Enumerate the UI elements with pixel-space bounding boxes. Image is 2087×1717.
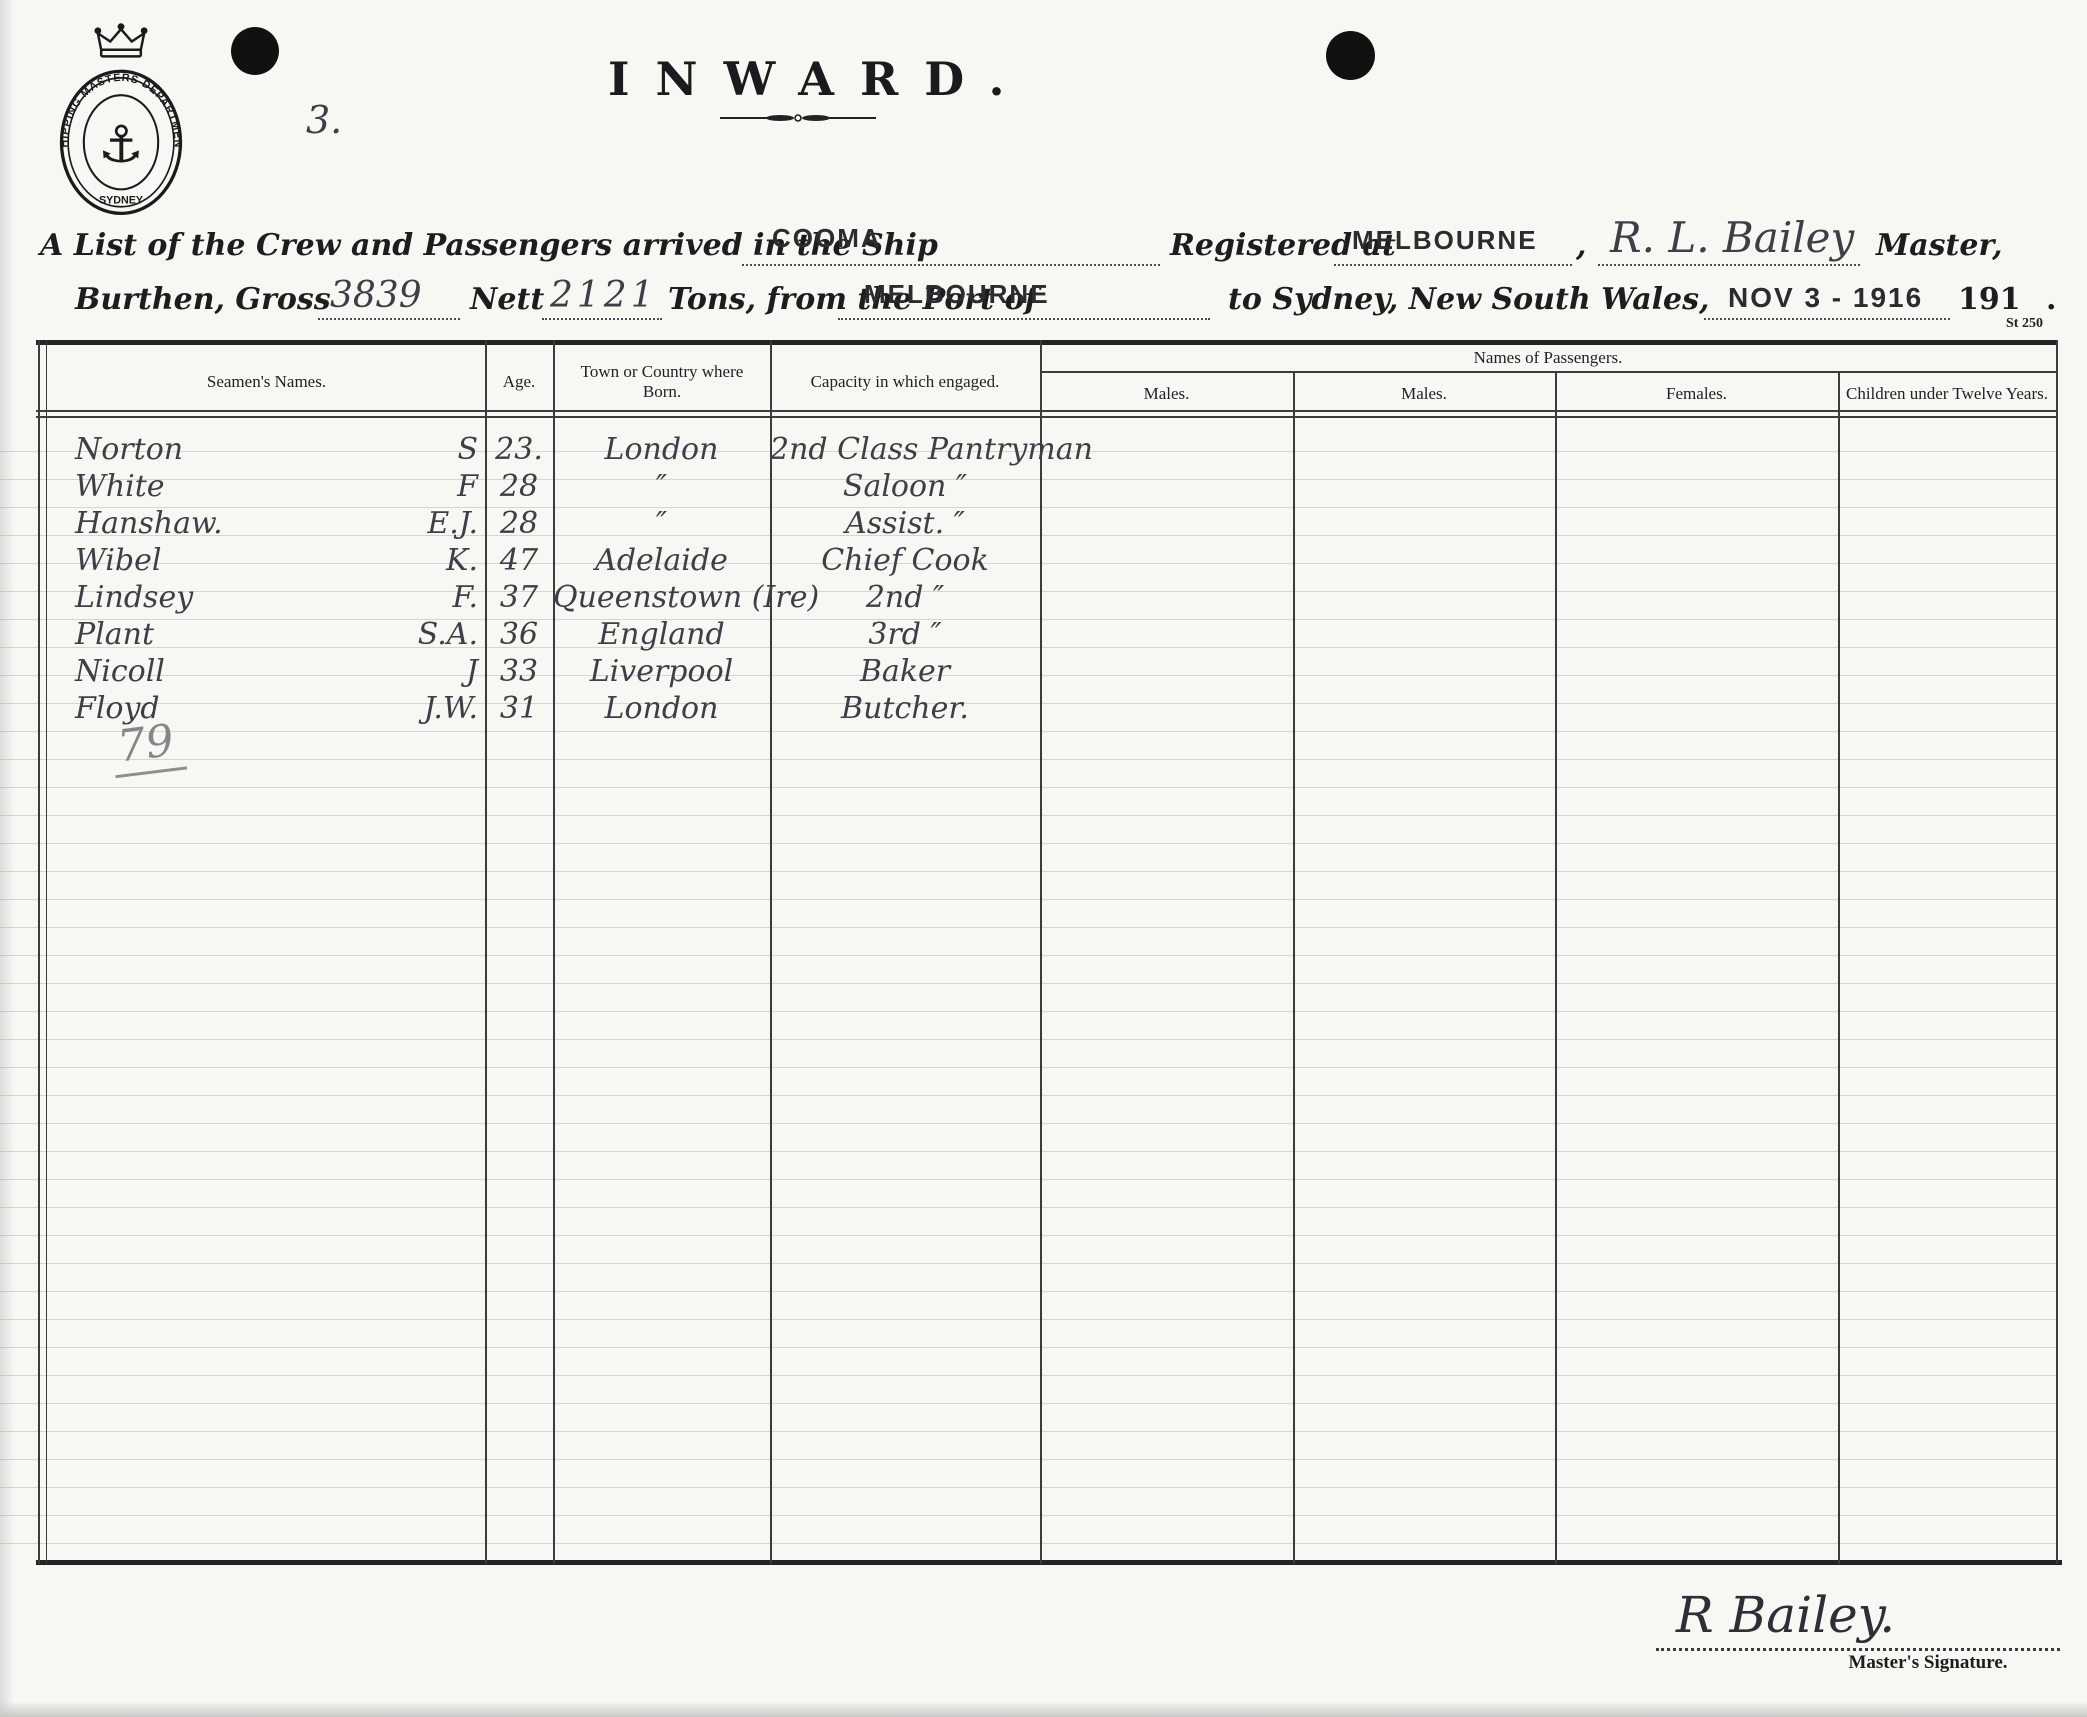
title-flourish	[718, 110, 878, 126]
form-code: St 250	[2006, 316, 2043, 332]
col-header-males-2: Males.	[1293, 384, 1555, 404]
crown-icon	[96, 25, 147, 57]
seal-text-bottom: ·SYDNEY·	[95, 194, 146, 206]
crew-initials: S.A.	[320, 617, 478, 652]
master-signature-handwritten: R Bailey.	[1676, 1586, 1895, 1644]
shipping-masters-seal: SHIPPING MASTERS DEPARTMENT ·SYDNEY· ⚓	[26, 20, 216, 220]
crew-age: 23.	[487, 432, 551, 467]
scanned-crew-list-document: SHIPPING MASTERS DEPARTMENT ·SYDNEY· ⚓ 3…	[0, 0, 2087, 1717]
crew-age: 47	[487, 543, 551, 578]
ship-name-stamp: COOMA	[772, 223, 882, 254]
master-signature-label: Master's Signature.	[1800, 1652, 2056, 1674]
destination-text: to Sydney, New South Wales,	[1228, 278, 1709, 322]
crew-age: 28	[487, 506, 551, 541]
crew-initials: F.	[320, 580, 478, 615]
page-title: INWARD.	[608, 52, 1028, 106]
crew-capacity: 2nd ″	[770, 580, 1040, 615]
crew-row: Wibel K. 47 Adelaide Chief Cook	[0, 543, 2056, 580]
crew-town: London	[553, 691, 770, 726]
nett-label: Nett	[470, 278, 544, 322]
crew-capacity: Chief Cook	[770, 543, 1040, 578]
crew-row: Plant S.A. 36 England 3rd ″	[0, 617, 2056, 654]
ship-name-field: COOMA	[742, 224, 1160, 266]
line2-prefix: Burthen, Gross	[75, 278, 331, 322]
date-stamp: NOV 3 - 1916	[1728, 282, 1923, 314]
crew-age: 37	[487, 580, 551, 615]
crew-capacity: Saloon ″	[770, 469, 1040, 504]
col-header-males-1: Males.	[1040, 384, 1293, 404]
trailing-period: .	[2046, 278, 2056, 322]
crew-town: England	[553, 617, 770, 652]
crew-row: White F 28 ″ Saloon ″	[0, 469, 2056, 506]
crew-town: ″	[553, 506, 770, 541]
crew-row: Lindsey F. 37 Queenstown (Ire) 2nd ″	[0, 580, 2056, 617]
master-name-field: R. L. Bailey	[1598, 224, 1860, 266]
crew-initials: S	[320, 432, 478, 467]
scan-bottom-edge-shadow	[0, 1701, 2087, 1717]
crew-initials: F	[320, 469, 478, 504]
col-header-females: Females.	[1555, 384, 1838, 404]
crew-initials: J	[320, 654, 478, 689]
crew-row: Hanshaw. E.J. 28 ″ Assist. ″	[0, 506, 2056, 543]
header-bottom-rule-2	[36, 416, 2058, 418]
comma-separator: ,	[1576, 224, 1586, 268]
table-top-rule	[36, 340, 2058, 345]
nett-tons-handwritten: 2121	[550, 275, 658, 316]
registered-at-stamp: MELBOURNE	[1352, 225, 1538, 256]
seal-graphic: SHIPPING MASTERS DEPARTMENT ·SYDNEY· ⚓	[26, 20, 216, 220]
crew-town: ″	[553, 469, 770, 504]
hole-punch-left	[231, 27, 279, 75]
crew-row: Floyd J.W. 31 London Butcher.	[0, 691, 2056, 728]
crew-total-pencil-wrap: 79	[112, 718, 184, 774]
master-label: Master,	[1876, 224, 2003, 268]
gross-tons-field: 3839	[318, 278, 460, 320]
crew-initials: E.J.	[320, 506, 478, 541]
col-header-children: Children under Twelve Years.	[1838, 384, 2056, 404]
col-header-capacity: Capacity in which engaged.	[778, 372, 1032, 392]
passengers-group-underline	[1040, 371, 2056, 373]
nett-tons-field: 2121	[542, 278, 662, 320]
col-header-seamens-names: Seamen's Names.	[48, 372, 485, 392]
crew-age: 36	[487, 617, 551, 652]
crew-age: 33	[487, 654, 551, 689]
crew-row: Nicoll J 33 Liverpool Baker	[0, 654, 2056, 691]
crew-capacity: 3rd ″	[770, 617, 1040, 652]
anchor-icon: ⚓	[98, 115, 144, 175]
scan-left-edge-shadow	[0, 0, 14, 1717]
master-name-handwritten: R. L. Bailey	[1610, 213, 1854, 262]
port-of-field: MELBOURNE	[838, 278, 1210, 320]
crew-capacity: Assist. ″	[770, 506, 1040, 541]
port-of-stamp: MELBOURNE	[864, 279, 1050, 310]
date-field: NOV 3 - 1916	[1704, 278, 1950, 320]
crew-capacity: 2nd Class Pantryman	[770, 432, 1040, 467]
crew-initials: J.W.	[320, 691, 478, 726]
col-header-town: Town or Country where Born.	[560, 362, 764, 402]
gross-tons-handwritten: 3839	[330, 275, 422, 316]
crew-town: London	[553, 432, 770, 467]
handwritten-page-number: 3.	[306, 98, 342, 142]
passengers-group-header: Names of Passengers.	[1040, 348, 2056, 368]
crew-town: Queenstown (Ire)	[553, 580, 770, 615]
table-bottom-rule	[36, 1560, 2062, 1565]
table-right-rule	[2056, 340, 2058, 1564]
crew-initials: K.	[320, 543, 478, 578]
crew-age: 28	[487, 469, 551, 504]
crew-age: 31	[487, 691, 551, 726]
crew-capacity: Baker	[770, 654, 1040, 689]
crew-row: Norton S 23. London 2nd Class Pantryman	[0, 432, 2056, 469]
col-header-age: Age.	[485, 372, 553, 392]
master-signature-line	[1656, 1646, 2060, 1651]
crew-capacity: Butcher.	[770, 691, 1040, 726]
crew-town: Adelaide	[553, 543, 770, 578]
header-bottom-rule-1	[36, 410, 2058, 412]
crew-town: Liverpool	[553, 654, 770, 689]
registered-at-field: MELBOURNE	[1334, 224, 1572, 266]
crew-total-pencil: 79	[109, 714, 187, 778]
hole-punch-right	[1326, 31, 1375, 80]
